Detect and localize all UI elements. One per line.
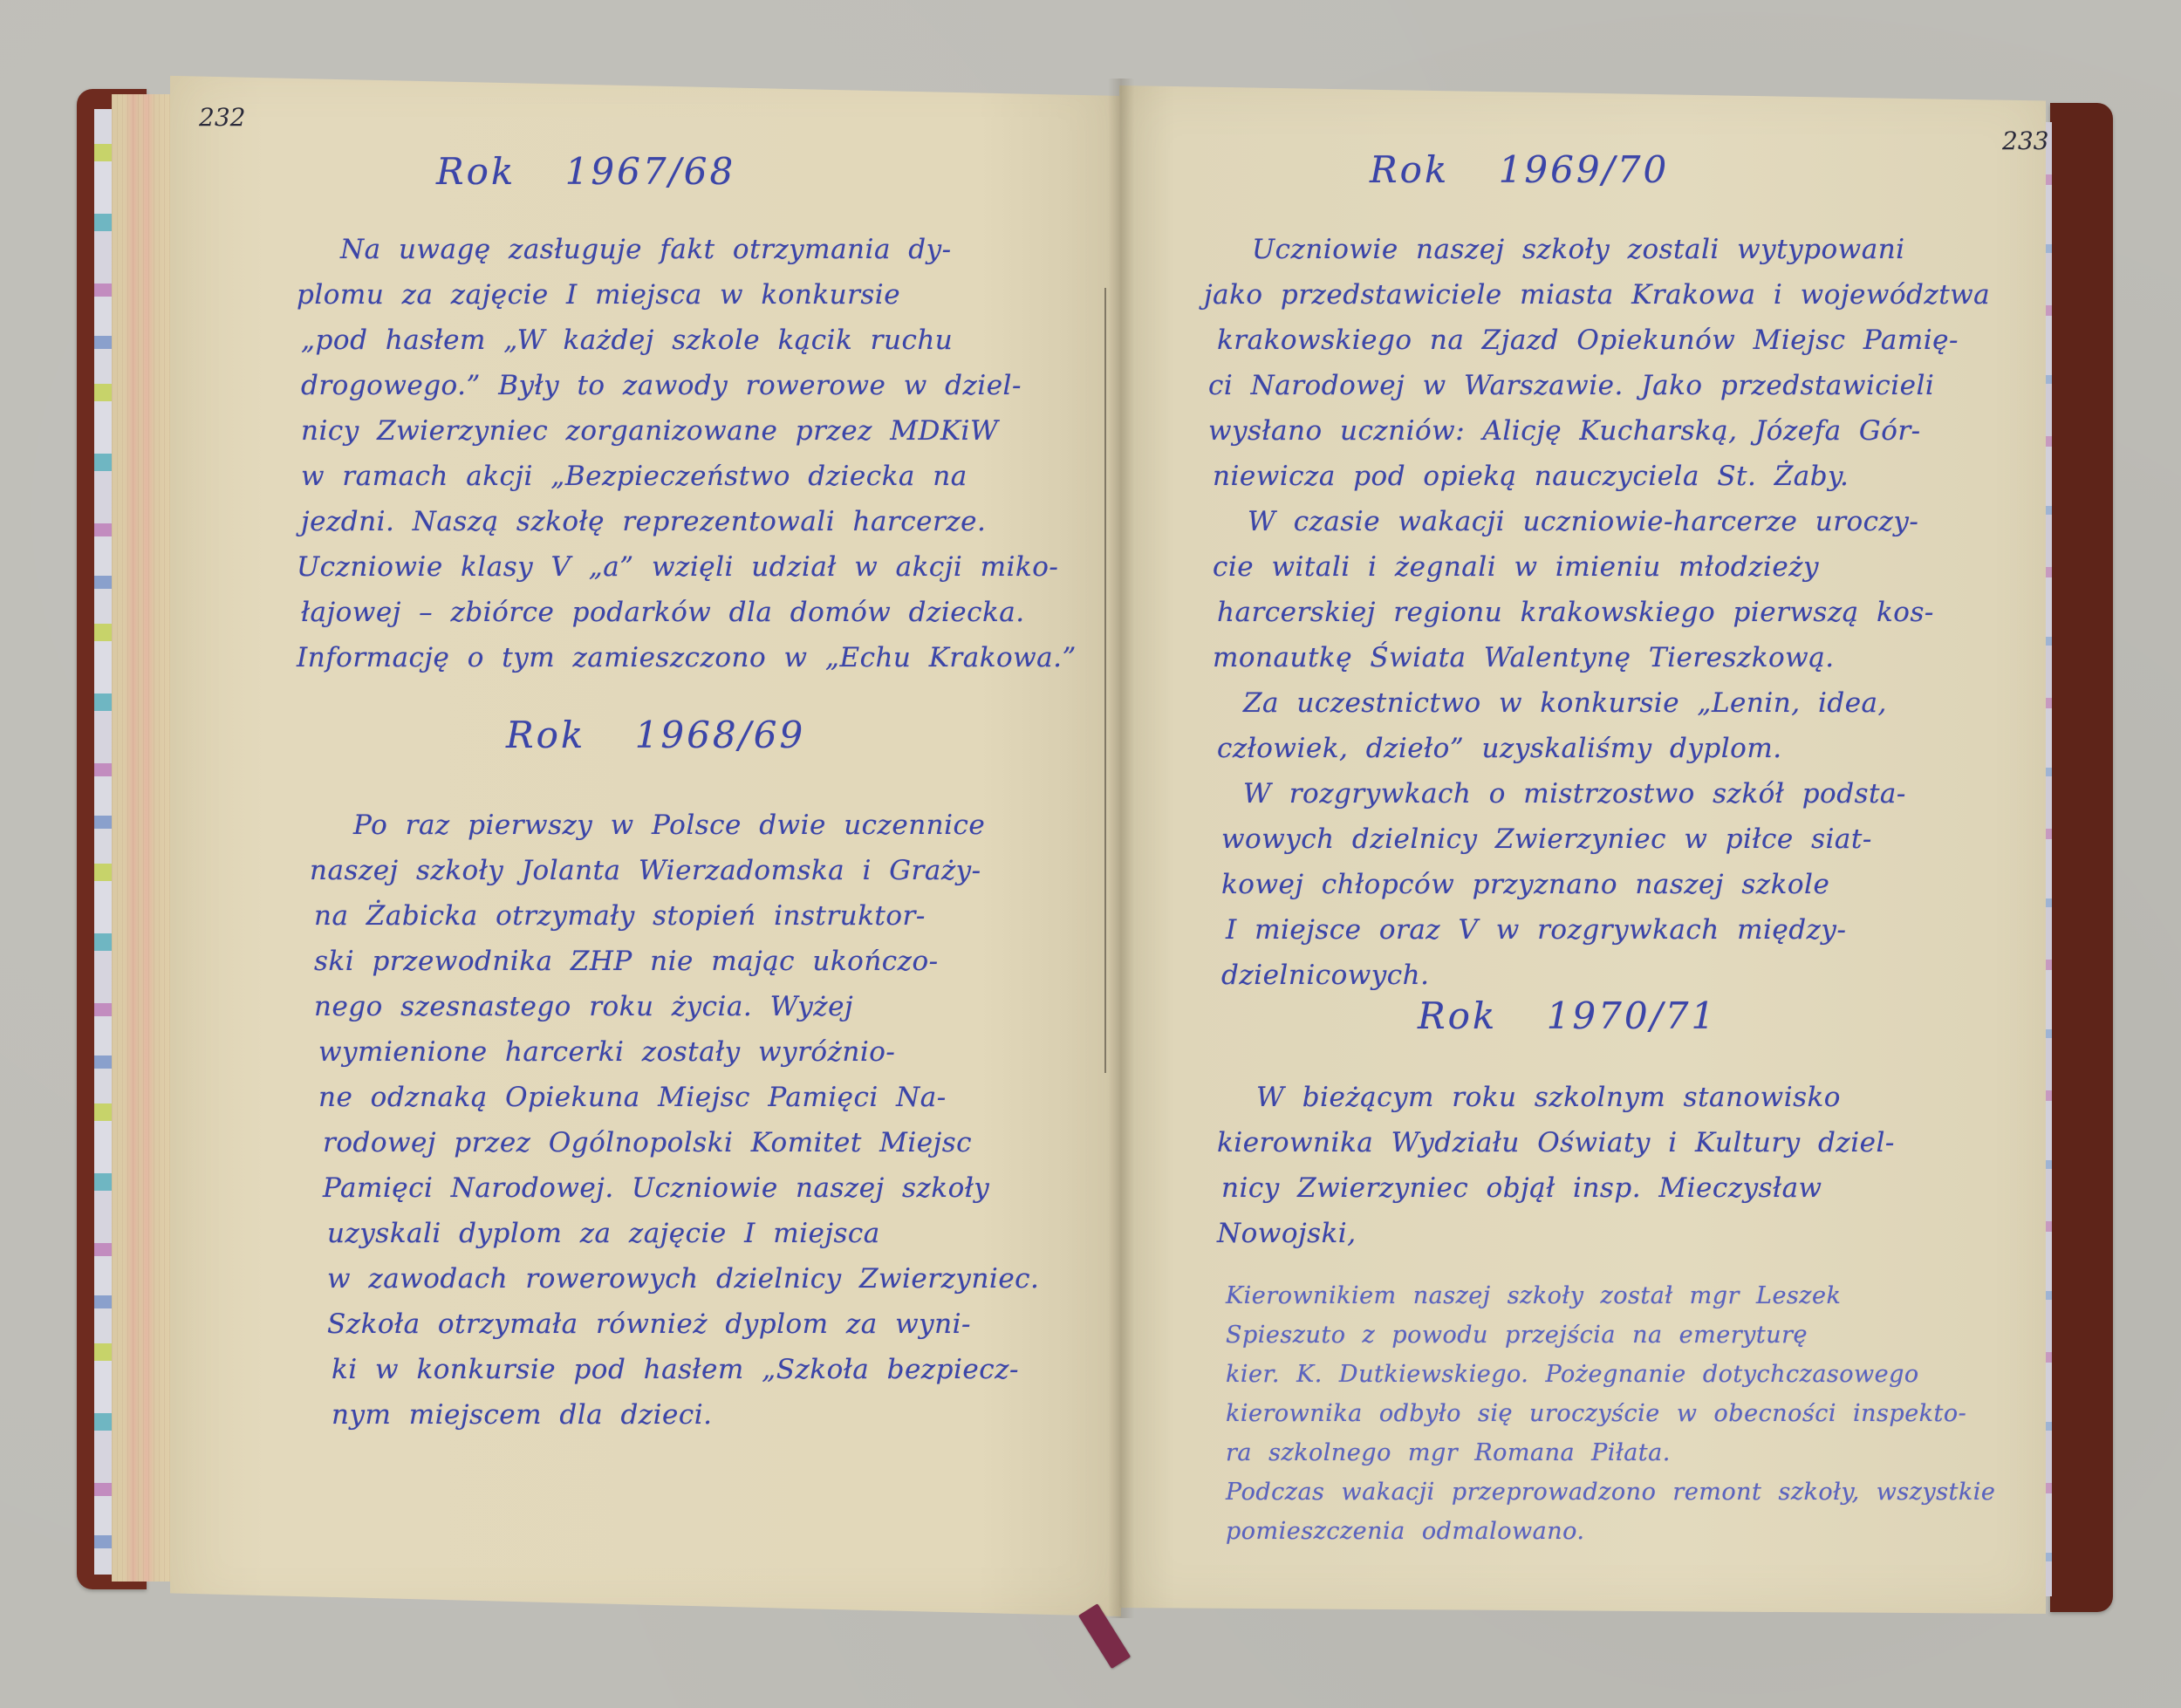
text-line: naszej szkoły Jolanta Wierzadomska i Gra… — [310, 855, 981, 886]
text-line: Po raz pierwszy w Polsce dwie uczennice — [353, 810, 985, 841]
text-line: wymienione harcerki zostały wyróżnio- — [318, 1036, 895, 1068]
text-line-faint: ra szkolnego mgr Romana Piłata. — [1226, 1439, 1671, 1466]
text-line: w zawodach rowerowych dzielnicy Zwierzyn… — [327, 1263, 1039, 1295]
text-line: Informację o tym zamieszczono w „Echu Kr… — [297, 642, 1077, 673]
book-gutter — [1108, 79, 1134, 1618]
page-number-right: 233 — [2002, 126, 2048, 155]
text-line: jako przedstawiciele miasta Krakowa i wo… — [1204, 279, 1990, 311]
text-line: drogowego.” Były to zawody rowerowe w dz… — [301, 370, 1022, 401]
gutter-crease — [1104, 288, 1106, 1073]
text-line: rodowej przez Ogólnopolski Komitet Miejs… — [323, 1127, 972, 1158]
text-line: ki w konkursie pod hasłem „Szkoła bezpie… — [332, 1354, 1019, 1385]
text-line: dzielnicowych. — [1221, 960, 1430, 991]
text-line: Uczniowie naszej szkoły zostali wytypowa… — [1252, 234, 1905, 265]
text-line: W rozgrywkach o mistrzostwo szkół podsta… — [1243, 778, 1906, 810]
section-heading-1969: Rok 1969/70 — [1370, 148, 1669, 191]
text-line: harcerskiej regionu krakowskiego pierwsz… — [1217, 597, 1934, 628]
text-line: nicy Zwierzyniec objął insp. Mieczysław — [1221, 1172, 1822, 1204]
text-line: kierownika Wydziału Oświaty i Kultury dz… — [1217, 1127, 1895, 1158]
text-line: cie witali i żegnali w imieniu młodzieży — [1213, 551, 1819, 583]
text-line: ci Narodowej w Warszawie. Jako przedstaw… — [1208, 370, 1934, 401]
text-line: niewicza pod opieką nauczyciela St. Żaby… — [1213, 461, 1849, 492]
text-line: Uczniowie klasy V „a” wzięli udział w ak… — [297, 551, 1058, 583]
section-heading-1970: Rok 1970/71 — [1418, 994, 1717, 1037]
page-stack-left — [112, 94, 174, 1582]
marbled-endpaper-left — [94, 109, 113, 1575]
text-line-faint: kierownika odbyło się uroczyście w obecn… — [1226, 1400, 1966, 1427]
text-line: kowej chłopców przyznano naszej szkole — [1221, 869, 1829, 900]
text-line: nym miejscem dla dzieci. — [332, 1399, 713, 1431]
text-line: nicy Zwierzyniec zorganizowane przez MDK… — [301, 415, 998, 447]
text-line: „pod hasłem „W każdej szkole kącik ruchu — [301, 325, 953, 356]
text-line: łajowej – zbiórce podarków dla domów dzi… — [301, 597, 1025, 628]
text-line: człowiek, dzieło” uzyskaliśmy dyplom. — [1217, 733, 1782, 764]
section-heading-1968: Rok 1968/69 — [506, 714, 805, 756]
section-heading-1967: Rok 1967/68 — [436, 150, 735, 193]
text-line: Szkoła otrzymała również dyplom za wyni- — [327, 1308, 971, 1340]
text-line-faint: pomieszczenia odmalowano. — [1226, 1518, 1584, 1545]
text-line: Za uczestnictwo w konkursie „Lenin, idea… — [1243, 687, 1887, 719]
text-line: wysłano uczniów: Alicję Kucharską, Józef… — [1208, 415, 1921, 447]
text-line: krakowskiego na Zjazd Opiekunów Miejsc P… — [1217, 325, 1959, 356]
text-line: Nowojski, — [1217, 1218, 1357, 1249]
text-line: ne odznaką Opiekuna Miejsc Pamięci Na- — [318, 1082, 947, 1113]
text-line: Na uwagę zasługuje fakt otrzymania dy- — [340, 234, 952, 265]
text-line-faint: Podczas wakacji przeprowadzono remont sz… — [1226, 1479, 1995, 1506]
text-line: W bieżącym roku szkolnym stanowisko — [1256, 1082, 1841, 1113]
text-line: jezdni. Naszą szkołę reprezentowali harc… — [301, 506, 986, 537]
book-cover-right — [2050, 103, 2113, 1612]
text-line: uzyskali dyplom za zajęcie I miejsca — [327, 1218, 880, 1249]
page-number-left: 232 — [199, 103, 245, 132]
text-line: monautkę Świata Walentynę Tiereszkową. — [1213, 642, 1835, 673]
text-line: plomu za zajęcie I miejsca w konkursie — [297, 279, 900, 311]
text-line-faint: kier. K. Dutkiewskiego. Pożegnanie dotyc… — [1226, 1361, 1919, 1388]
text-line: ski przewodnika ZHP nie mając ukończo- — [314, 946, 939, 977]
text-line: nego szesnastego roku życia. Wyżej — [314, 991, 853, 1022]
text-line: w ramach akcji „Bezpieczeństwo dziecka n… — [301, 461, 967, 492]
text-line: W czasie wakacji uczniowie-harcerze uroc… — [1248, 506, 1918, 537]
text-line-faint: Kierownikiem naszej szkoły został mgr Le… — [1226, 1282, 1841, 1309]
text-line: I miejsce oraz V w rozgrywkach między- — [1226, 914, 1846, 946]
text-line: wowych dzielnicy Zwierzyniec w piłce sia… — [1221, 823, 1872, 855]
text-line: Pamięci Narodowej. Uczniowie naszej szko… — [323, 1172, 989, 1204]
text-line: na Żabicka otrzymały stopień instruktor- — [314, 900, 926, 932]
text-line-faint: Spieszuto z powodu przejścia na emerytur… — [1226, 1322, 1808, 1349]
